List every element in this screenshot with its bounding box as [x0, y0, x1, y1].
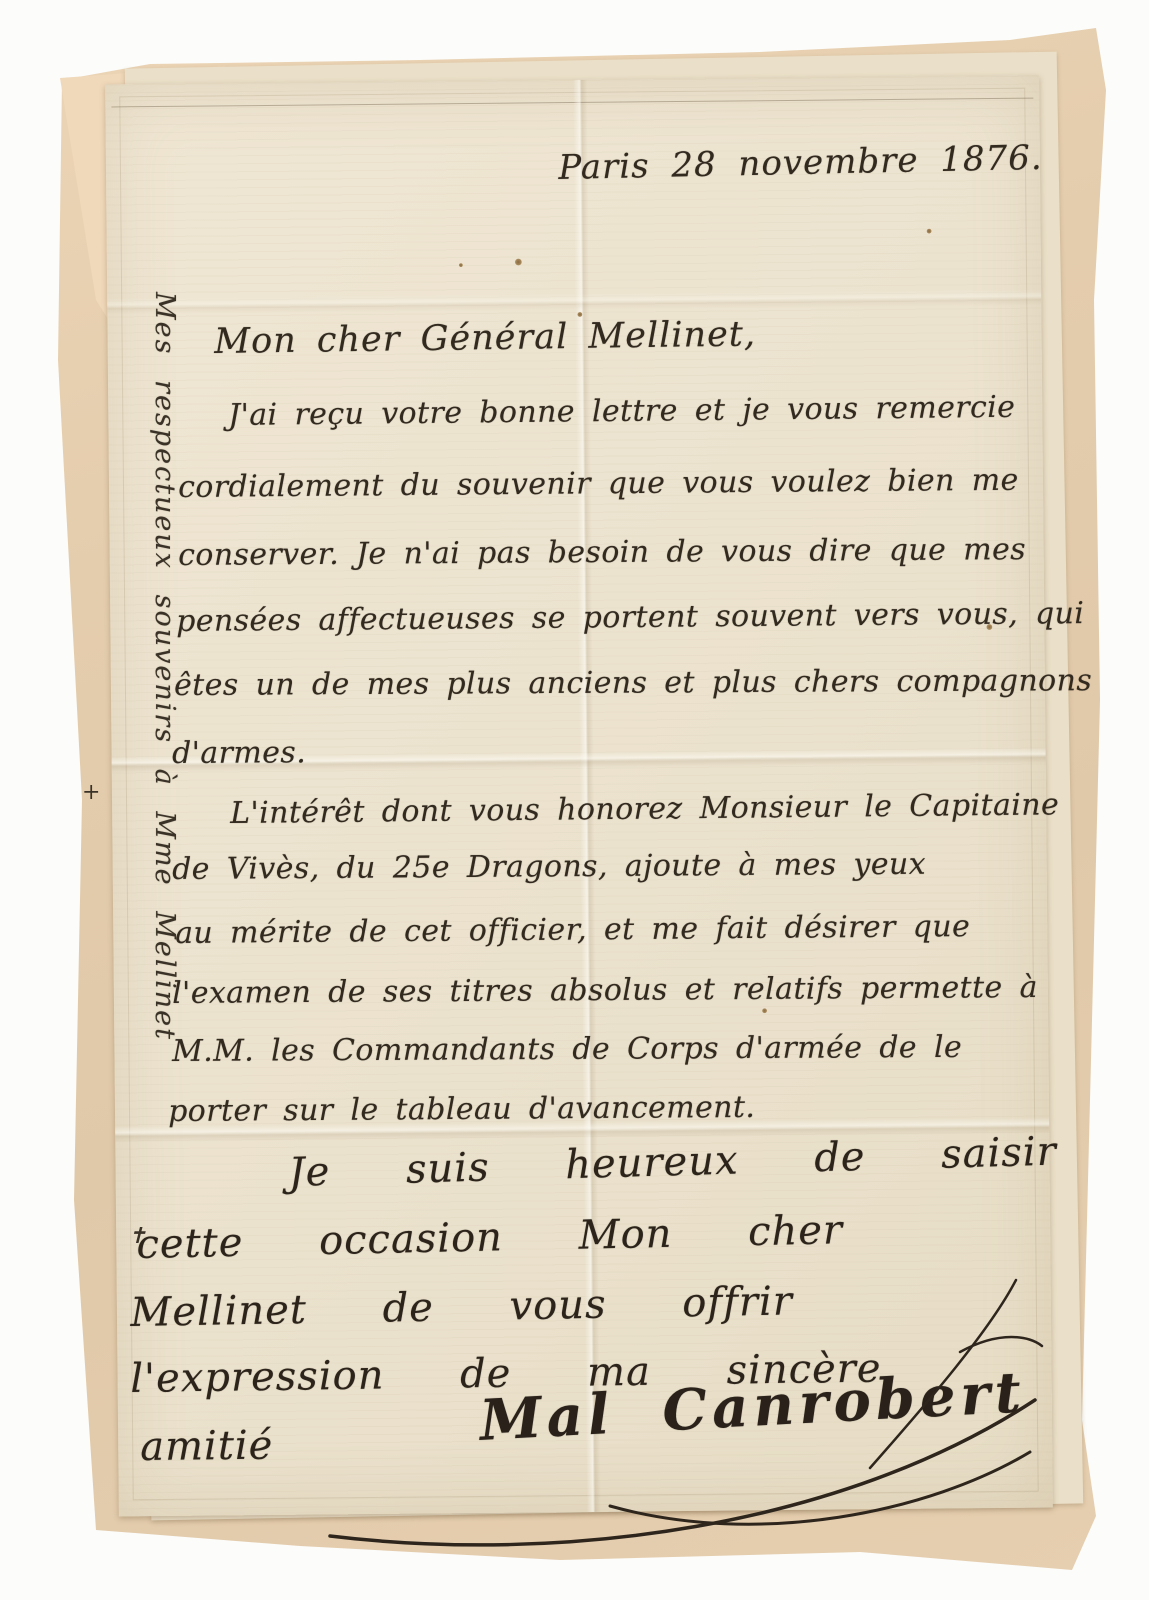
salutation: Mon cher Général Mellinet, [214, 314, 756, 362]
closing-line-5: amitié [140, 1423, 274, 1470]
body-line-11: M.M. les Commandants de Corps d'armée de… [172, 1030, 962, 1069]
body-line-2: cordialement du souvenir que vous voulez… [178, 463, 1019, 505]
body-line-5: êtes un de mes plus anciens et plus cher… [174, 663, 1092, 703]
body-line-6: d'armes. [172, 735, 306, 771]
body-line-9: au mérite de cet officier, et me fait dé… [175, 909, 970, 951]
stray-ink-mark: + [82, 780, 100, 805]
body-line-12: porter sur le tableau d'avancement. [168, 1090, 755, 1129]
foxing-speck [459, 263, 463, 267]
body-line-8: de Vivès, du 25e Dragons, ajoute à mes y… [172, 847, 926, 887]
foxing-speck [762, 1008, 767, 1013]
body-line-3: conserver. Je n'ai pas besoin de vous di… [178, 532, 1026, 573]
scan-canvas: Mes respectueux souvenirs à Mme Mellinet… [0, 0, 1149, 1600]
foxing-speck [927, 229, 932, 234]
foxing-speck [515, 259, 522, 266]
body-line-10: l'examen de ses titres absolus et relati… [172, 970, 1038, 1011]
